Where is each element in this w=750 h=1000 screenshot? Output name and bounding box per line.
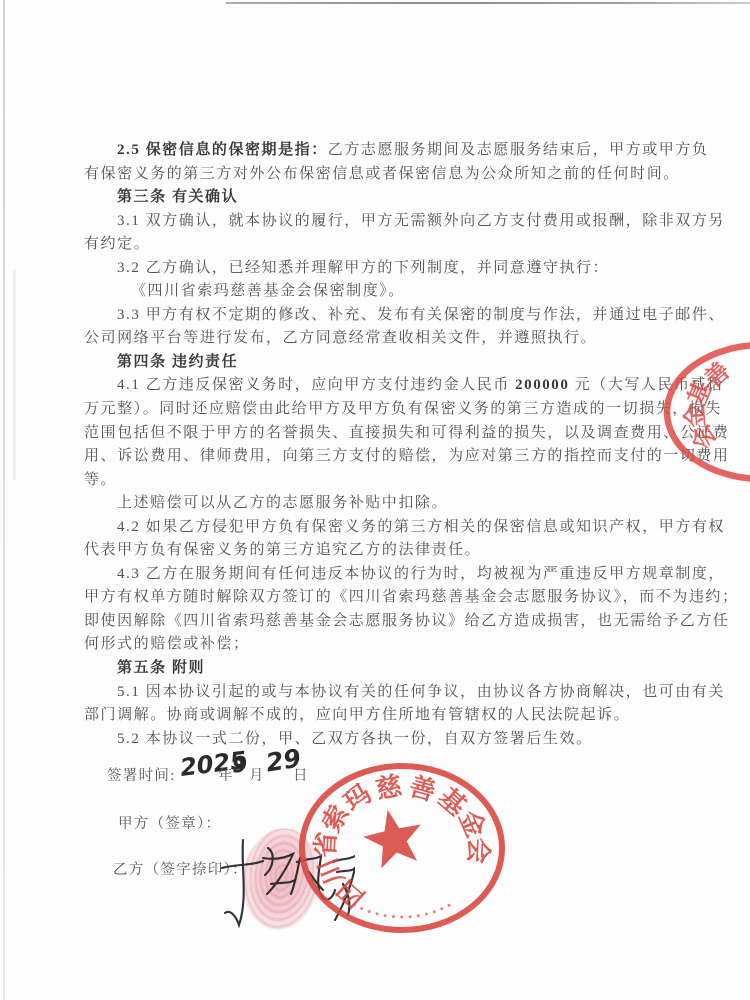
seal-registration-microtext <box>353 903 451 918</box>
contract-line: 2.5 保密信息的保密期是指：乙方志愿服务期间及志愿服务结束后，甲方或甲方负 <box>84 139 684 163</box>
contract-line: 代表甲方负有保密义务的第三方追究乙方的法律责任。 <box>84 539 684 563</box>
month-unit: 月 <box>249 764 265 785</box>
contract-line: 部门调解。协商或调解不成的，应向甲方住所地有管辖权的人民法院起诉。 <box>84 704 684 728</box>
contract-line: 3.2 乙方确认，已经知悉并理解甲方的下列制度，并同意遵守执行： <box>84 257 684 281</box>
svg-text:善: 善 <box>406 772 439 807</box>
seal-star-icon <box>363 810 421 869</box>
contract-line: 即使因解除《四川省索玛慈善基金会志愿服务协议》给乙方造成损害，也无需给予乙方任 <box>84 610 684 634</box>
contract-line: 等。 <box>84 469 684 493</box>
handwritten-month: 9 <box>231 752 248 778</box>
contract-line: 何形式的赔偿或补偿； <box>84 633 684 657</box>
contract-line: 范围包括但不限于甲方的名誉损失、直接损失和可得利益的损失，以及调查费用、公证费 <box>84 422 684 446</box>
contract-line: 第三条 有关确认 <box>84 186 684 210</box>
contract-line: 5.1 因本协议引起的或与本协议有关的任何争议，由协议各方协商解决，也可由有关 <box>84 681 684 705</box>
contract-line: 3.1 双方确认，就本协议的履行，甲方无需额外向乙方支付费用或报酬，除非双方另 <box>84 210 684 234</box>
contract-line: 4.2 如果乙方侵犯甲方负有保密义务的第三方相关的保密信息或知识产权，甲方有权 <box>84 516 684 540</box>
scan-edge-left-line <box>3 0 5 1000</box>
scanned-contract-page: 2.5 保密信息的保密期是指：乙方志愿服务期间及志愿服务结束后，甲方或甲方负有保… <box>0 0 750 1000</box>
svg-text:慈: 慈 <box>373 770 404 804</box>
contract-line: 第四条 违约责任 <box>84 351 684 375</box>
contract-line: 4.1 乙方违反保密义务时，应向甲方支付违约金人民币 200000 元（大写人民… <box>84 374 684 398</box>
contract-line: 有保密义务的第三方对外公布保密信息或者保密信息为公众所知之前的任何时间。 <box>84 163 684 187</box>
scan-edge-top-line <box>226 2 750 4</box>
contract-line: 甲方有权单方随时解除双方签订的《四川省索玛慈善基金会志愿服务协议》，而不为违约； <box>84 586 684 610</box>
contract-line: 3.3 甲方有权不定期的修改、补充、发布有关保密的制度与作法，并通过电子邮件、 <box>84 304 684 328</box>
contract-line: 上述赔偿可以从乙方的志愿服务补贴中扣除。 <box>84 492 684 516</box>
foundation-seal: 四川省索玛慈善基金会 <box>290 740 516 956</box>
contract-line: 万元整）。同时还应赔偿由此给甲方及甲方负有保密义务的第三方造成的一切损失，损失 <box>84 398 684 422</box>
scan-artifact-vertical <box>13 270 16 480</box>
contract-body: 2.5 保密信息的保密期是指：乙方志愿服务期间及志愿服务结束后，甲方或甲方负有保… <box>84 139 684 751</box>
contract-line: 4.3 乙方在服务期间有任何违反本协议的行为时，均被视为严重违反甲方规章制度， <box>84 563 684 587</box>
edge-paging-stamp: 善基金会 <box>660 342 750 483</box>
contract-line: 用、诉讼费用、律师费用，向第三方支付的赔偿，为应对第三方的指控而支付的一切费用 <box>84 445 684 469</box>
contract-line: 《四川省索玛慈善基金会保密制度》。 <box>84 280 684 304</box>
contract-line: 第五条 附则 <box>84 657 684 681</box>
svg-text:会: 会 <box>463 837 493 864</box>
contract-line: 有约定。 <box>84 233 684 257</box>
contract-line: 公司网络平台等进行发布，乙方同意经常查收相关文件，并遵照执行。 <box>84 327 684 351</box>
signing-date-label: 签署时间: <box>107 764 176 785</box>
